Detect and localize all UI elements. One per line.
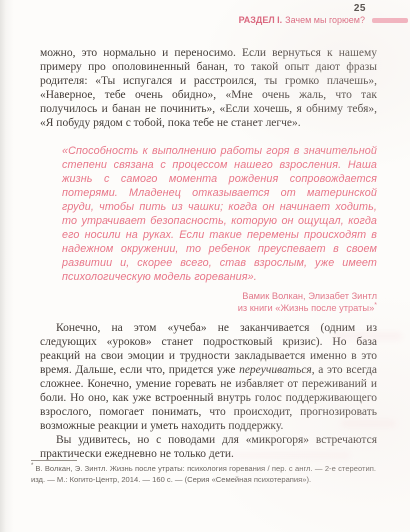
page-number: 25: [354, 3, 366, 14]
footnote-marker: *: [31, 463, 33, 469]
quote-block: «Способность к выполнению работы горя в …: [62, 144, 377, 284]
quote-attribution: Вамик Волкан, Элизабет Зинтл из книги «Ж…: [40, 290, 377, 314]
bleed-through-mark: [230, 452, 350, 459]
running-header: РАЗДЕЛ I. Зачем мы горюем?: [0, 15, 410, 25]
bleed-through-mark: [332, 332, 402, 340]
header-accent-bar: [372, 18, 408, 23]
text-column: можно, это нормально и переносимо. Если …: [40, 46, 377, 461]
chapter-title: Зачем мы горюем?: [285, 15, 365, 25]
paragraph: можно, это нормально и переносимо. Если …: [40, 46, 377, 130]
attribution-source: из книги «Жизнь после утраты»: [238, 303, 375, 313]
section-label: РАЗДЕЛ I.: [239, 15, 283, 25]
footnote-reference-marker: *: [374, 302, 377, 309]
paragraph: Конечно, на этом «учеба» не заканчиваетс…: [40, 321, 377, 433]
book-page: 25 РАЗДЕЛ I. Зачем мы горюем? можно, это…: [0, 0, 410, 532]
bleed-through-mark: [341, 420, 396, 427]
emphasized-word: переучиваться: [239, 364, 312, 376]
attribution-authors: Вамик Волкан, Элизабет Зинтл: [242, 291, 377, 301]
footnote: *В. Волкан, Э. Зинтл. Жизнь после утраты…: [31, 460, 376, 485]
footnote-text: В. Волкан, Э. Зинтл. Жизнь после утраты:…: [31, 464, 376, 484]
footnote-divider: [31, 460, 77, 461]
